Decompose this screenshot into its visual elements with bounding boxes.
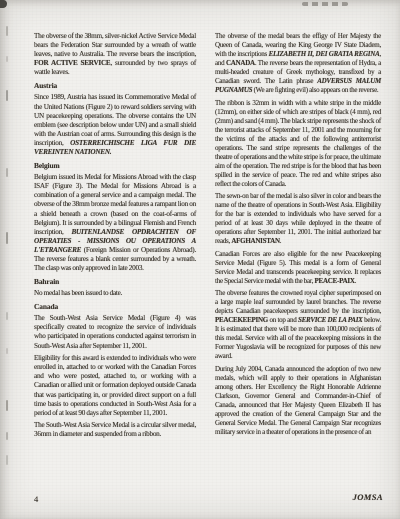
scan-artifact-edge-mark [6,90,8,101]
inscription-text: FOR ACTIVE SERVICE [34,59,110,67]
scan-artifact-edge-mark [6,455,8,465]
paragraph: The sewn-on bar of the medal is also sil… [215,192,381,246]
scan-artifact-edge-mark [6,26,8,36]
body-text: . [355,277,357,285]
paragraph: The obverse of the 38mm, silver-nickel A… [34,32,196,77]
scan-artifact-edge-mark [6,400,8,411]
paragraph: The ribbon is 32mm in width with a white… [215,99,381,189]
body-text: The ribbon is 32mm in width with a white… [215,99,381,188]
paragraph: The South-West Asia Service Medal is a c… [34,421,196,439]
section-heading-bahrain: Bahrain [34,277,196,286]
paragraph: The obverse features the crowned royal c… [215,289,381,361]
paragraph: No medal has been issued to date. [34,289,196,298]
left-column: The obverse of the 38mm, silver-nickel A… [34,32,196,443]
body-text: (We are fighting evil) also appears on t… [252,86,378,94]
paragraph: Since 1989, Austria has issued its Comme… [34,93,196,157]
body-text: The South-West Asia Service Medal (Figur… [34,314,196,349]
section-heading-belgium: Belgium [34,161,196,170]
body-text: Belgium issued its Medal for Missions Ab… [34,173,196,236]
page-number: 4 [34,494,38,504]
body-text: on top and [268,316,298,324]
body-text: During July 2004, Canada announced the a… [215,365,381,436]
body-text: The obverse of the 38mm, silver-nickel A… [34,32,196,58]
body-text: Eligibility for this award is extended t… [34,354,196,417]
body-text: The obverse features the crowned royal c… [215,289,381,315]
scan-artifact-edge-mark [6,168,8,177]
paragraph: During July 2004, Canada announced the a… [215,365,381,437]
right-column: The obverse of the medal bears the effig… [215,32,381,440]
inscription-text: AFGHANISTAN [231,237,279,245]
scan-artifact-corner [0,0,7,8]
body-text: . [280,237,282,245]
section-heading-austria: Austria [34,81,196,90]
body-text: No medal has been issued to date. [34,289,122,297]
scan-artifact-edge-mark [6,348,8,354]
section-heading-canada: Canada [34,302,196,311]
paragraph: Belgium issued its Medal for Missions Ab… [34,173,196,273]
paragraph: The obverse of the medal bears the effig… [215,32,381,95]
inscription-text: CANADA [226,59,255,67]
inscription-text: PEACE-PAIX [315,277,355,285]
scan-artifact-edge-mark [6,312,8,320]
inscription-text: PEACEKEEPING [215,316,268,324]
paragraph: Canadian Forces are also eligible for th… [215,250,381,286]
journal-title: JOMSA [353,492,383,502]
scan-artifact-edge-mark [6,56,8,62]
scanned-document-page: The obverse of the 38mm, silver-nickel A… [0,0,400,519]
paragraph: Eligibility for this award is extended t… [34,354,196,418]
scan-artifact-smudge [302,2,348,6]
scan-artifact-edge-mark [6,432,8,440]
inscription-text: ELIZABETH II, DEI GRATIA REGINA [269,50,380,58]
inscription-text: SERVICE DE LA PAIX [298,316,363,324]
paragraph: The South-West Asia Service Medal (Figur… [34,314,196,350]
scan-artifact-edge-mark [6,232,8,244]
body-text: The South-West Asia Service Medal is a c… [34,421,196,438]
